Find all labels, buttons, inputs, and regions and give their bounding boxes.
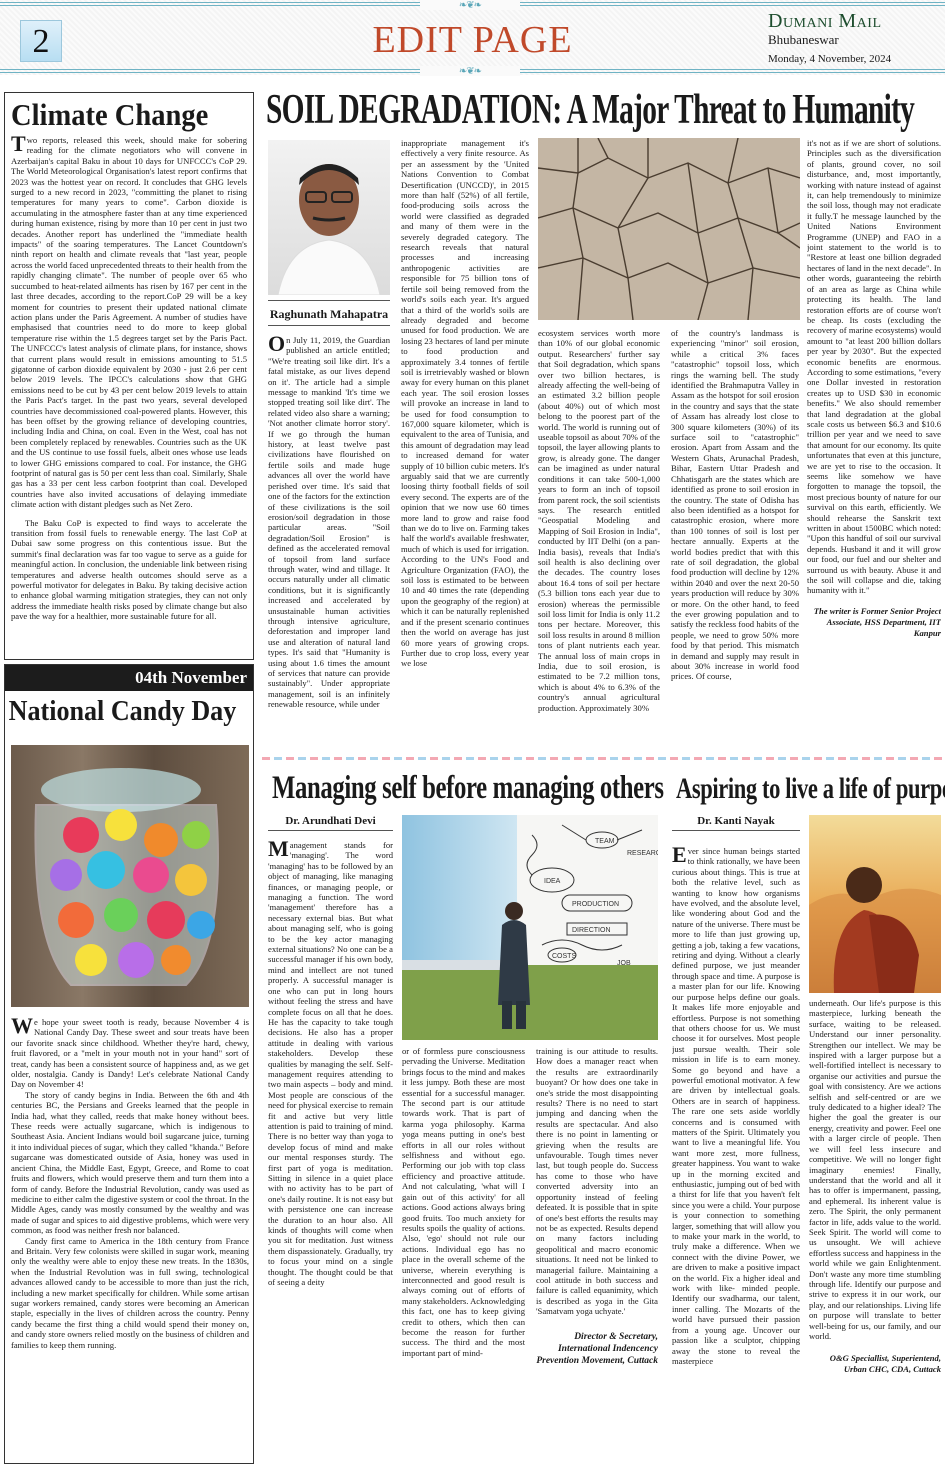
article-title: Climate Change bbox=[11, 97, 228, 133]
page-number: 2 bbox=[20, 20, 62, 62]
article-paragraph: Management stands for 'managing'. The wo… bbox=[268, 840, 393, 1287]
ornament-icon: ❧❦❧ bbox=[420, 0, 520, 10]
managing-column-1: Management stands for 'managing'. The wo… bbox=[268, 840, 393, 1460]
ornament-icon: ❧❦❧ bbox=[420, 66, 520, 76]
svg-text:RESEARCH: RESEARCH bbox=[627, 850, 658, 857]
managing-column-3: training is our attitude to results. How… bbox=[536, 1046, 658, 1460]
purpose-column-2: underneath. Our life's purpose is this m… bbox=[809, 998, 941, 1460]
article-paragraph: Candy first came to America in the 18th … bbox=[11, 1236, 249, 1350]
author-credit: O&G Speciallist, Superientend, Urban CHC… bbox=[809, 1353, 941, 1375]
paper-city: Bhubaneswar bbox=[768, 32, 839, 48]
soil-column-2: inappropriate management it's effectivel… bbox=[401, 138, 529, 750]
date-banner: 04th November bbox=[5, 665, 253, 691]
masthead: ❧❦❧ 2 EDIT PAGE Dumani Mail Bhubaneswar … bbox=[0, 0, 945, 75]
soil-column-4: of the country's landmass is experiencin… bbox=[671, 328, 799, 750]
article-paragraph: underneath. Our life's purpose is this m… bbox=[809, 998, 941, 1341]
purpose-article-title: Aspiring to live a life of purpose bbox=[676, 772, 945, 806]
author-name: Dr. Kanti Nayak bbox=[672, 815, 800, 831]
author-credit: The writer is Former Senior Project Asso… bbox=[807, 606, 941, 639]
author-name: Dr. Arundhati Devi bbox=[268, 815, 393, 831]
candy-jar-image bbox=[11, 745, 249, 1007]
candy-jar-icon bbox=[11, 745, 249, 1007]
article-paragraph: training is our attitude to results. How… bbox=[536, 1046, 658, 1317]
soil-article-title: SOIL DEGRADATION: A Major Threat to Huma… bbox=[266, 86, 914, 134]
author-credit: Director & Secretary, International Inde… bbox=[536, 1331, 658, 1367]
svg-text:JOB: JOB bbox=[617, 960, 631, 967]
manager-sketch-image: TEAM RESEARCH IDEA PRODUCTION DIRECTION … bbox=[402, 815, 658, 1040]
paper-name: Dumani Mail bbox=[768, 10, 882, 33]
climate-change-article: Climate Change Two reports, released thi… bbox=[4, 92, 254, 660]
author-photo bbox=[268, 140, 390, 295]
svg-text:COSTS: COSTS bbox=[552, 953, 576, 960]
cracked-earth-icon bbox=[538, 138, 800, 320]
purpose-column-1: Ever since human beings started to think… bbox=[672, 846, 800, 1460]
author-name: Raghunath Mahapatra bbox=[268, 300, 390, 326]
article-paragraph: The story of candy begins in India. Betw… bbox=[11, 1090, 249, 1236]
hiker-silhouette-icon bbox=[809, 815, 941, 993]
article-paragraph: We hope your sweet tooth is ready, becau… bbox=[11, 1017, 249, 1090]
article-body: We hope your sweet tooth is ready, becau… bbox=[11, 1017, 249, 1350]
article-paragraph: ecosystem services worth more than 10% o… bbox=[538, 328, 660, 713]
section-divider bbox=[262, 757, 945, 760]
article-paragraph: or of formless pure consciousness pervad… bbox=[402, 1046, 525, 1358]
svg-text:IDEA: IDEA bbox=[544, 878, 561, 885]
svg-text:DIRECTION: DIRECTION bbox=[572, 927, 611, 934]
svg-text:TEAM: TEAM bbox=[595, 838, 615, 845]
paper-date: Monday, 4 November, 2024 bbox=[768, 53, 891, 65]
article-paragraph: The Baku CoP is expected to find ways to… bbox=[11, 518, 247, 622]
managing-article-title: Managing self before managing others bbox=[272, 770, 664, 807]
article-title: National Candy Day bbox=[5, 691, 228, 728]
article-paragraph: inappropriate management it's effectivel… bbox=[401, 138, 529, 669]
portrait-icon bbox=[268, 140, 390, 295]
section-title: EDIT PAGE bbox=[300, 18, 645, 62]
soil-column-5: it's not as if we are short of solutions… bbox=[807, 138, 941, 750]
article-paragraph: it's not as if we are short of solutions… bbox=[807, 138, 941, 596]
soil-column-3: ecosystem services worth more than 10% o… bbox=[538, 328, 660, 750]
article-paragraph: of the country's landmass is experiencin… bbox=[671, 328, 799, 682]
manager-ideas-icon: TEAM RESEARCH IDEA PRODUCTION DIRECTION … bbox=[402, 815, 658, 1040]
svg-text:PRODUCTION: PRODUCTION bbox=[572, 901, 619, 908]
managing-column-2: or of formless pure consciousness pervad… bbox=[402, 1046, 525, 1460]
purpose-byline: Dr. Kanti Nayak bbox=[672, 815, 800, 831]
cracked-soil-image bbox=[538, 138, 800, 320]
national-candy-day-article: 04th November National Candy Day We hope… bbox=[4, 664, 254, 1464]
backpacker-image bbox=[809, 815, 941, 993]
article-paragraph: On July 11, 2019, the Guardian published… bbox=[268, 335, 390, 710]
article-paragraph: Ever since human beings started to think… bbox=[672, 846, 800, 1366]
soil-column-1: On July 11, 2019, the Guardian published… bbox=[268, 335, 390, 750]
managing-byline: Dr. Arundhati Devi bbox=[268, 815, 393, 831]
article-paragraph: Two reports, released this week, should … bbox=[11, 135, 247, 510]
soil-author-byline: Raghunath Mahapatra bbox=[268, 300, 390, 326]
